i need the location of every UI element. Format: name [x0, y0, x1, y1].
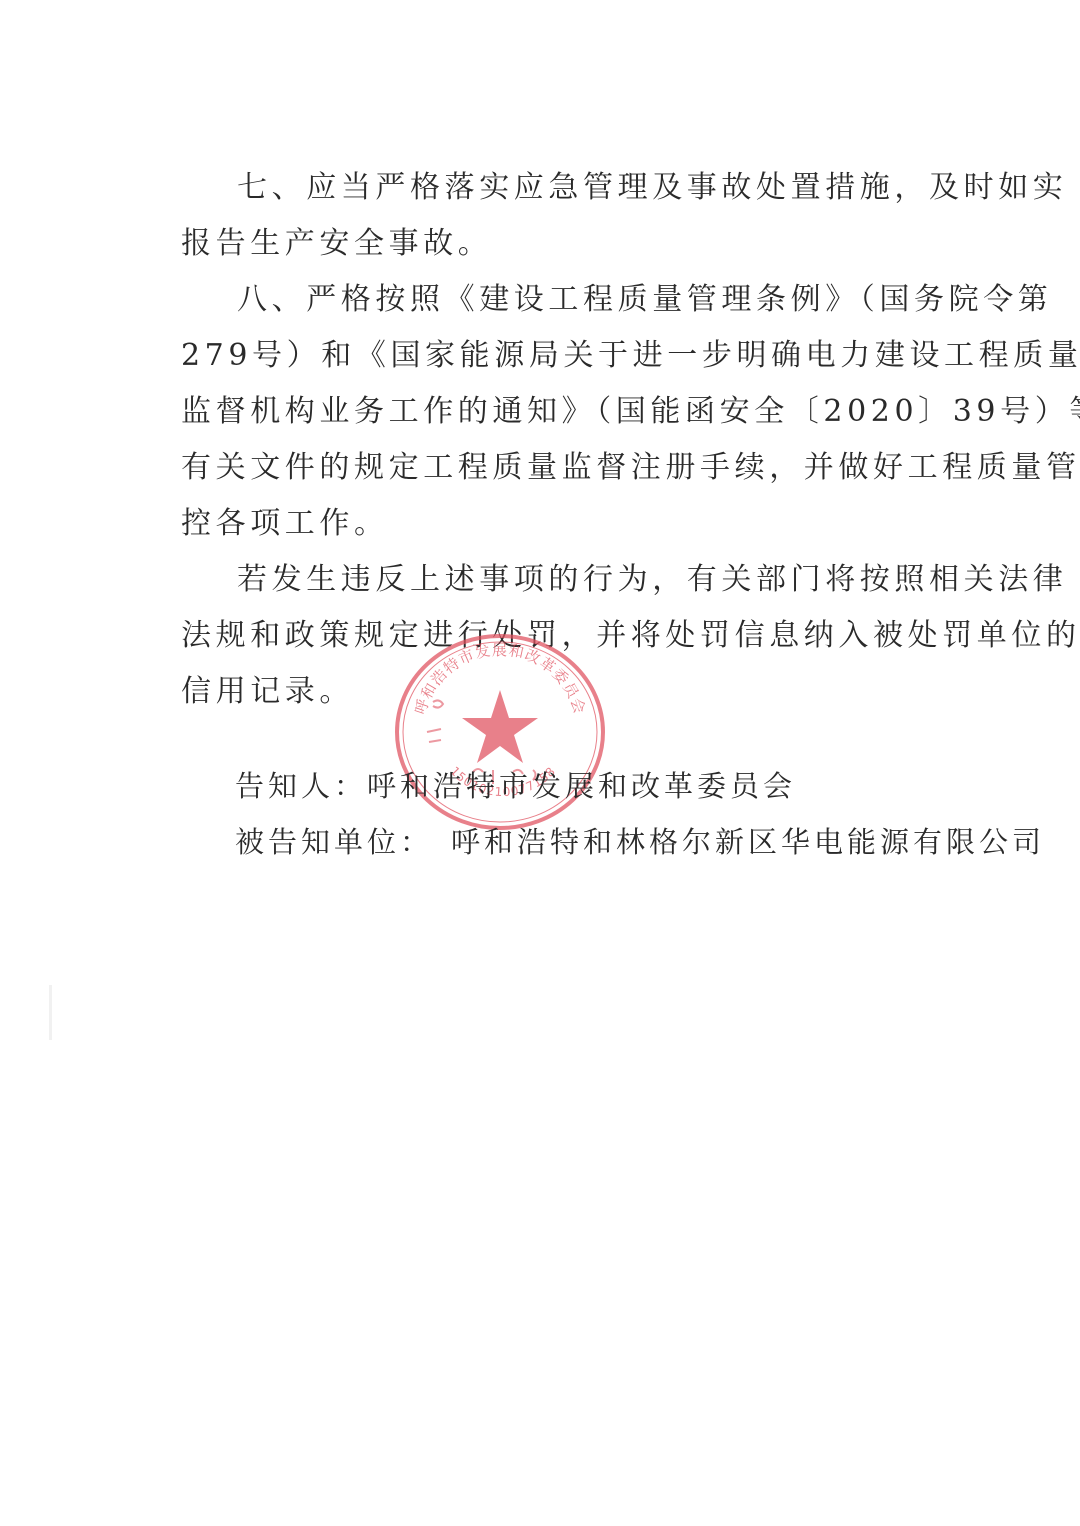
item-7-line-2: 报告生产安全事故。	[181, 224, 901, 264]
item-8-line-5: 控各项工作。	[181, 504, 901, 544]
notified-label: 被告知单位：	[235, 825, 433, 859]
notifier-label: 告知人：	[235, 769, 367, 803]
document-page: 七、应当严格落实应急管理及事故处置措施，及时如实 报告生产安全事故。 八、严格按…	[0, 0, 1080, 1526]
notified-name: 呼和浩特和林格尔新区华电能源有限公司	[451, 825, 1045, 859]
notifier-line: 告知人：呼和浩特市发展和改革委员会	[235, 766, 796, 806]
notified-line: 被告知单位：呼和浩特和林格尔新区华电能源有限公司	[235, 822, 1045, 862]
item-8-line-4: 有关文件的规定工程质量监督注册手续，并做好工程质量管	[181, 448, 901, 488]
penalty-line-1: 若发生违反上述事项的行为，有关部门将按照相关法律	[237, 560, 901, 600]
notifier-name: 呼和浩特市发展和改革委员会	[367, 769, 796, 803]
star-icon	[462, 690, 538, 763]
item-8-line-1: 八、严格按照《建设工程质量管理条例》（国务院令第	[237, 280, 901, 320]
item-8-line-3: 监督机构业务工作的通知》（国能函安全〔2020〕39号）等	[181, 392, 901, 432]
item-7-line-1: 七、应当严格落实应急管理及事故处置措施，及时如实	[237, 168, 901, 208]
item-8-line-2: 279号）和《国家能源局关于进一步明确电力建设工程质量	[181, 336, 901, 376]
scan-artifact	[49, 985, 52, 1040]
